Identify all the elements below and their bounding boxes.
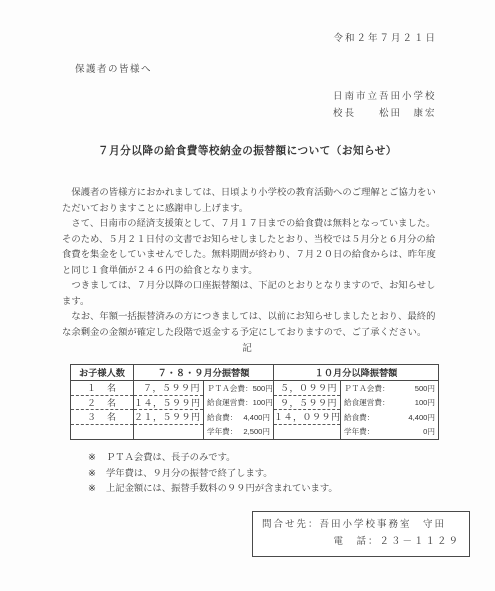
contact-office-line: 問合せ先：吾田小学校事務室 守田 [262,517,460,534]
body-text: 保護者の皆様方におかれましては、日頃より小学校の教育活動へのご理解とご協力をい … [62,186,440,341]
jul-sep-breakdown-column: ＰＴＡ会費： 500円 給食運営費： 100円 給食費： 4,400円 学年費：… [204,381,274,439]
footnotes: ※ ＰＴＡ会費は、長子のみです。 ※ 学年費は、９月分の振替で終了します。 ※ … [88,451,338,498]
oct-onward-amount-cell: ９，５９９円 [274,396,340,411]
breakdown-value: 100円 [415,397,435,408]
breakdown-row: 給食費： 4,400円 [341,410,438,425]
column-header-children-count: お子様人数 [71,365,134,381]
body-line: さて、日南市の経済支援策として、７月１７日までの給食費は無料となっていました。 [62,217,440,233]
oct-onward-amount-column: ５，０９９円 ９，５９９円 １４，０９９円 [274,381,341,439]
footnote: ※ 学年費は、９月分の振替で終了します。 [88,467,338,483]
breakdown-value: 4,400円 [408,412,435,423]
breakdown-value: 500円 [253,383,273,394]
breakdown-row: 給食費： 4,400円 [204,410,273,425]
contact-box: 問合せ先：吾田小学校事務室 守田 電 話：２３－１１２９ [252,511,470,557]
breakdown-row: ＰＴＡ会費： 500円 [204,381,273,396]
body-line: そのため、５月２１日付の文書でお知らせしましたとおり、当校では５月分と６月分の給 [62,233,440,249]
footnote: ※ 上記金額には、振替手数料の９９円が含まれています。 [88,482,338,498]
jul-sep-amount-cell: ７，５９９円 [134,381,203,396]
body-line: ただいておりますことに感謝申し上げます。 [62,202,440,218]
footnote: ※ ＰＴＡ会費は、長子のみです。 [88,451,338,467]
jul-sep-amount-cell: １４，５９９円 [134,396,203,411]
breakdown-value: 4,400円 [243,412,270,423]
footnote-text: ＰＴＡ会費は、長子のみです。 [106,451,235,467]
oct-onward-breakdown-column: ＰＴＡ会費： 500円 給食運営費： 100円 給食費： 4,400円 学年費：… [341,381,438,439]
footnote-marker: ※ [88,451,106,467]
footnote-marker: ※ [88,482,106,498]
breakdown-label: 給食費： [207,412,237,423]
jul-sep-amount-cell: ２１，５９９円 [134,410,203,425]
jul-sep-amount-column: ７，５９９円 １４，５９９円 ２１，５９９円 [134,381,204,439]
fee-table: お子様人数 ７・８・９月分振替額 １０月分以降振替額 １ 名 ２ 名 ３ 名 ７… [70,364,439,440]
breakdown-value: 0円 [423,426,435,437]
oct-onward-amount-cell: ５，０９９円 [274,381,340,396]
column-header-jul-sep-amount: ７・８・９月分振替額 [134,365,274,381]
body-line: ます。 [62,295,440,311]
body-line: 保護者の皆様方におかれましては、日頃より小学校の教育活動へのご理解とご協力をい [62,186,440,202]
breakdown-label: 学年費： [344,426,374,437]
body-line: なお、年額一括振替済みの方につきましては、以前にお知らせしましたとおり、最終的 [62,310,440,326]
children-count-column: １ 名 ２ 名 ３ 名 [71,381,134,439]
contact-phone-line: 電 話：２３－１１２９ [262,534,460,551]
children-count-cell [71,425,133,440]
breakdown-value: 500円 [415,383,435,394]
breakdown-value: 100円 [253,397,273,408]
notice-body-marker: 記 [0,340,495,354]
body-line: 食費を集金をしていませんでした。無料期間が終わり、７月２０日の給食からは、昨年度 [62,248,440,264]
breakdown-row: 学年費： 0円 [341,425,438,440]
document-date: 令和２年７月２１日 [333,30,437,44]
breakdown-row: 給食運営費： 100円 [204,396,273,411]
footnote-text: 上記金額には、振替手数料の９９円が含まれています。 [106,482,338,498]
document-title: ７月分以降の給食費等校納金の振替額について（お知らせ） [0,143,495,158]
breakdown-label: ＰＴＡ会費： [207,383,253,394]
sender-block: 日南市立吾田小学校 校長 松田 康宏 [333,89,437,123]
children-count-cell: ３ 名 [71,410,133,425]
body-line: と同じ１食単価が２４６円の給食となります。 [62,264,440,280]
principal-line: 校長 松田 康宏 [333,106,437,123]
children-count-cell: １ 名 [71,381,133,396]
breakdown-label: 学年費： [207,426,237,437]
breakdown-label: 給食運営費： [207,397,253,408]
body-line: つきましては、７月分以降の口座振替額は、下記のとおりとなりますので、お知らせし [62,279,440,295]
column-header-oct-onward-amount: １０月分以降振替額 [274,365,438,381]
jul-sep-amount-cell [134,425,203,440]
document-page: 令和２年７月２１日 保護者の皆様へ 日南市立吾田小学校 校長 松田 康宏 ７月分… [0,0,495,591]
breakdown-row: ＰＴＡ会費： 500円 [341,381,438,396]
breakdown-label: ＰＴＡ会費： [344,383,390,394]
breakdown-row: 学年費： 2,500円 [204,425,273,440]
recipient-line: 保護者の皆様へ [75,61,152,75]
breakdown-value: 2,500円 [243,426,270,437]
school-name: 日南市立吾田小学校 [333,89,437,106]
breakdown-row: 給食運営費： 100円 [341,396,438,411]
body-line: な余剰金の金額が確定した段階で返金する予定にしておりますので、ご了承ください。 [62,326,440,342]
footnote-marker: ※ [88,467,106,483]
oct-onward-amount-cell: １４，０９９円 [274,410,340,425]
oct-onward-amount-cell [274,425,340,440]
breakdown-label: 給食費： [344,412,374,423]
children-count-cell: ２ 名 [71,396,133,411]
footnote-text: 学年費は、９月分の振替で終了します。 [106,467,273,483]
breakdown-label: 給食運営費： [344,397,390,408]
